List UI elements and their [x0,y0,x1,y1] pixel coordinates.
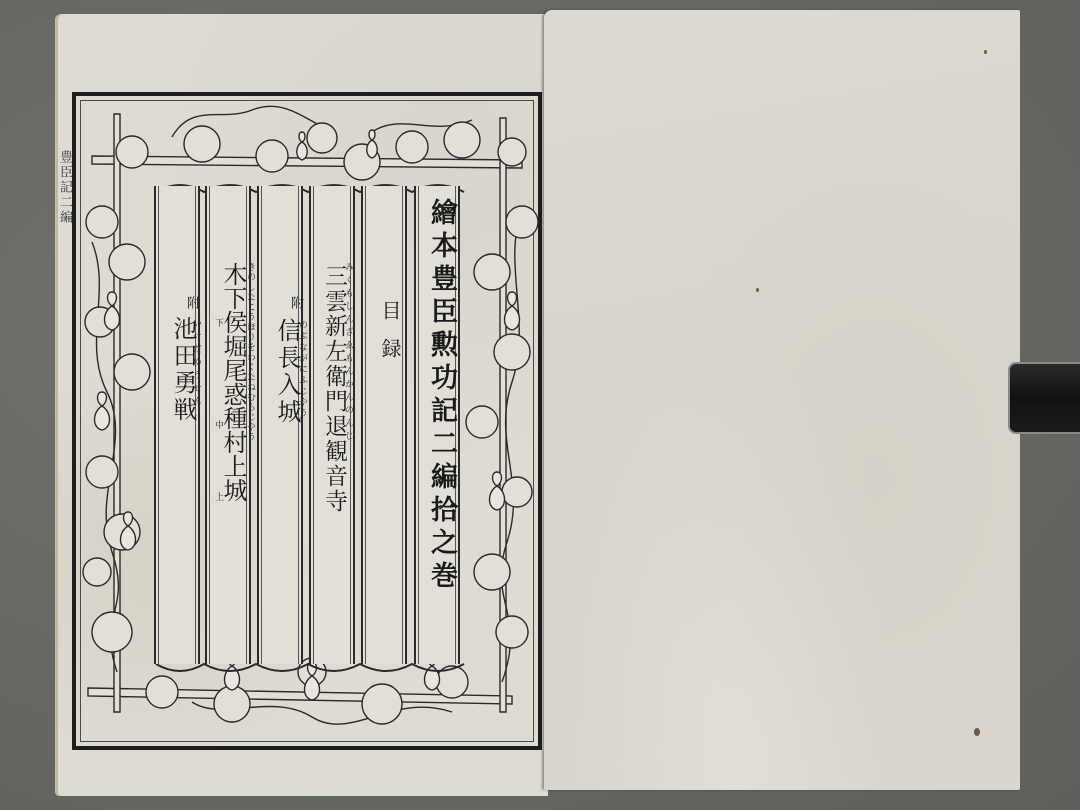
contents-entry-2-ruby: のぶながにふじやう [296,320,309,419]
paper-speck [756,288,759,292]
contents-entry-3-ruby: きのしたこうほりをわくたねむらじやう [244,262,257,442]
contents-entry-3-marker-middle: 中 [212,420,225,429]
book-title: 繪本豊臣勲功記二編拾之巻 [422,198,461,594]
contents-entry-4-prefix: 附 [182,296,201,309]
contents-entry-2-prefix: 附 [286,296,305,309]
contents-entry-1-ruby: みくもしんざゑもんかんのんじ [342,262,355,444]
gourd-vine-trellis-illustration [72,92,542,750]
contents-entry-3-marker-lower: 下 [212,318,225,327]
page-turn-tab[interactable] [1008,362,1080,434]
contents-column-2 [361,186,407,664]
paper-speck [974,728,980,736]
right-page-blank [544,10,1020,790]
contents-entry-4-ruby: いけだゆうせん [190,318,203,409]
contents-column-6 [154,186,200,664]
contents-heading: 目録 [376,300,405,376]
paper-speck [984,50,987,54]
contents-entry-3-marker-upper: 上 [212,492,225,501]
